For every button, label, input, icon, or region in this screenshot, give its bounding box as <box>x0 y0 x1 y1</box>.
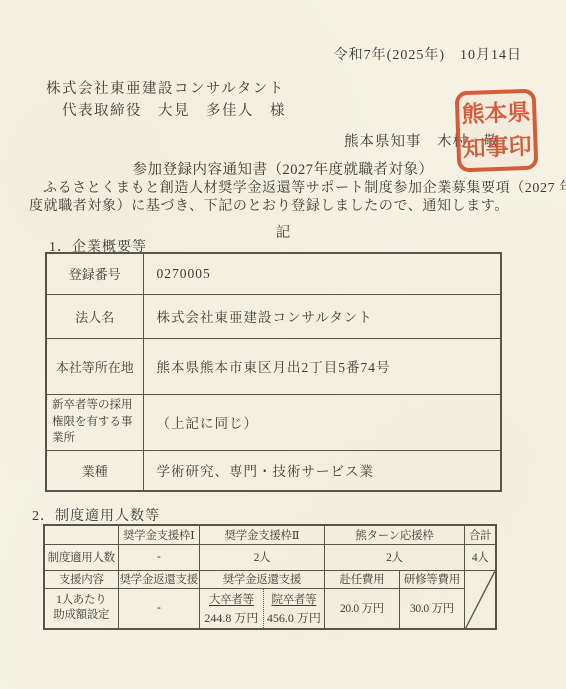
row-value-corporate-name: 株式会社東亜建設コンサルタント <box>143 294 501 338</box>
document-title: 参加登録内容通知書（2027年度就職者対象） <box>0 158 566 179</box>
support-relocation: 赴任費用 <box>324 570 399 588</box>
seal-char: 県 <box>507 95 531 130</box>
applied-count-total: 4人 <box>464 544 496 570</box>
row-label-head-office-address: 本社等所在地 <box>46 338 143 394</box>
recipient-company: 株式会社東亜建設コンサルタント <box>46 77 285 98</box>
support-training: 研修等費用 <box>399 570 464 588</box>
university-grad-label: 大卒者等 <box>209 591 254 607</box>
grant-university-grad-cell: 大卒者等 244.8 万円 <box>199 588 263 629</box>
section2-heading: 2．制度適用人数等 <box>32 505 160 525</box>
body-paragraph: ふるさとくまもと創造人材奨学金返還等サポート制度参加企業募集要項（2027 年 … <box>29 180 543 216</box>
seal-char: 熊 <box>461 96 485 131</box>
header-total: 合計 <box>464 525 496 544</box>
total-diagonal-cell <box>464 570 496 629</box>
support-frame1: 奨学金返還支援 <box>118 570 199 588</box>
applied-count-frame1: - <box>118 544 199 570</box>
table-row: 新卒者等の採用権限を有する事業所 （上記に同じ） <box>46 394 501 450</box>
grant-frame1: - <box>118 588 199 629</box>
grant-amount-label: 1人あたり 助成額設定 <box>44 588 118 629</box>
diagonal-slash-line <box>465 571 496 629</box>
header-blank-cell <box>44 525 118 544</box>
table-row: 本社等所在地 熊本県熊本市東区月出2丁目5番74号 <box>46 338 501 394</box>
row-label-hiring-office: 新卒者等の採用権限を有する事業所 <box>46 394 143 450</box>
row-value-registration-number: 0270005 <box>143 253 501 294</box>
table-row: 業種 学術研究、専門・技術サービス業 <box>46 450 501 491</box>
row-value-industry: 学術研究、専門・技術サービス業 <box>143 450 501 491</box>
grant-graduate-school-cell: 院卒者等 456.0 万円 <box>263 588 324 629</box>
university-grad-value: 244.8 万円 <box>201 609 262 626</box>
row-label-registration-number: 登録番号 <box>46 253 143 294</box>
quota-table: 奨学金支援枠Ⅰ 奨学金支援枠Ⅱ 熊ターン応援枠 合計 制度適用人数 - 2人 2… <box>43 524 497 630</box>
support-content-row: 支援内容 奨学金返還支援 奨学金返還支援 赴任費用 研修等費用 <box>44 570 496 588</box>
row-label-corporate-name: 法人名 <box>46 294 143 338</box>
table-header-row: 奨学金支援枠Ⅰ 奨学金支援枠Ⅱ 熊ターン応援枠 合計 <box>44 525 496 544</box>
recipient-person: 代表取締役 大見 多佳人 様 <box>62 99 286 120</box>
grant-amount-row: 1人あたり 助成額設定 - 大卒者等 244.8 万円 院卒者等 456.0 万… <box>44 588 496 629</box>
graduate-school-label: 院卒者等 <box>272 591 317 607</box>
applied-count-row: 制度適用人数 - 2人 2人 4人 <box>44 544 496 570</box>
applied-count-frame2: 2人 <box>199 544 324 570</box>
support-frame2: 奨学金返還支援 <box>199 570 324 588</box>
body-line: 度就職者対象）に基づき、下記のとおり登録しましたので、通知します。 <box>29 198 543 216</box>
applied-count-label: 制度適用人数 <box>44 544 118 570</box>
row-value-hiring-office: （上記に同じ） <box>143 394 501 450</box>
table-row: 登録番号 0270005 <box>46 253 501 294</box>
grant-relocation-value: 20.0 万円 <box>324 588 399 629</box>
company-overview-table: 登録番号 0270005 法人名 株式会社東亜建設コンサルタント 本社等所在地 … <box>45 252 502 492</box>
graduate-school-value: 456.0 万円 <box>265 609 323 626</box>
date-line: 令和7年(2025年) 10月14日 <box>334 44 522 64</box>
support-content-label: 支援内容 <box>44 570 118 588</box>
header-scholarship-frame1: 奨学金支援枠Ⅰ <box>118 525 199 544</box>
row-label-industry: 業種 <box>46 450 143 491</box>
header-kumaturn-frame: 熊ターン応援枠 <box>324 525 464 544</box>
seal-char: 本 <box>484 96 508 131</box>
scanned-notification-letter: 令和7年(2025年) 10月14日 株式会社東亜建設コンサルタント 代表取締役… <box>0 0 566 689</box>
row-value-head-office-address: 熊本県熊本市東区月出2丁目5番74号 <box>143 338 501 394</box>
grant-training-value: 30.0 万円 <box>399 588 464 629</box>
applied-count-kumaturn: 2人 <box>324 544 464 570</box>
body-line: ふるさとくまもと創造人材奨学金返還等サポート制度参加企業募集要項（2027 年 <box>29 180 543 198</box>
header-scholarship-frame2: 奨学金支援枠Ⅱ <box>199 525 324 544</box>
table-row: 法人名 株式会社東亜建設コンサルタント <box>46 294 501 338</box>
